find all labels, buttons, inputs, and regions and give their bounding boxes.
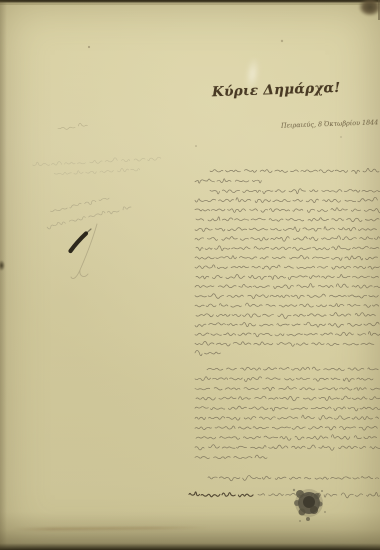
ink-stroke: [195, 303, 379, 307]
ink-stroke: [195, 236, 380, 241]
margin-note: [58, 123, 88, 131]
bottom-edge-shadow: [0, 512, 380, 550]
ink-stroke: [50, 197, 109, 214]
ink-stroke: [195, 208, 380, 213]
ink-blot: [296, 490, 304, 498]
ink-stroke: [33, 155, 161, 166]
ink-stroke: [210, 168, 379, 173]
paper-speck: [340, 136, 342, 138]
pen-slash-mark: [71, 234, 87, 252]
paper-speck: [281, 40, 283, 42]
ink-stroke: [195, 179, 261, 183]
ink-stroke: [195, 284, 380, 289]
ink-stroke: [195, 406, 380, 411]
ink-stroke: [195, 350, 220, 355]
ink-stroke: [195, 341, 374, 346]
ink-stroke: [189, 492, 253, 497]
ink-stroke: [195, 415, 379, 420]
ink-blot: [293, 489, 295, 491]
ink-stroke: [195, 455, 267, 459]
ink-stroke: [196, 246, 379, 251]
signature-flourish: [71, 224, 97, 279]
ink-stroke: [58, 123, 88, 131]
scanned-letter: Κύριε Δημάρχα! Πειραιεύς, 8 Ὀκτωβρίου 18…: [0, 0, 380, 550]
margin-note: [44, 192, 132, 229]
ink-blot: [318, 502, 323, 507]
ink-stroke: [54, 167, 140, 175]
ink-stroke: [196, 396, 380, 401]
margin-note: [33, 155, 162, 176]
ink-stroke: [195, 426, 377, 430]
ink-stroke: [195, 294, 378, 299]
ink-stroke: [195, 197, 377, 202]
ink-stroke: [195, 227, 377, 232]
ink-stroke: [196, 435, 377, 441]
handwriting-layer: [0, 0, 380, 550]
ink-stroke: [210, 189, 380, 194]
ink-stroke: [195, 255, 378, 260]
paper-speck: [195, 145, 197, 147]
ink-stroke: [195, 322, 379, 327]
ink-stroke: [195, 265, 379, 270]
ink-blot: [321, 490, 323, 492]
paper-speck: [88, 46, 90, 48]
ink-stroke: [195, 386, 380, 390]
ink-blot: [294, 500, 300, 506]
ink-blot: [314, 493, 320, 499]
pen-slash-tail: [86, 229, 91, 234]
ink-stroke: [195, 445, 380, 451]
ink-stroke: [196, 274, 379, 279]
ink-stroke: [208, 476, 379, 481]
ink-stroke: [196, 217, 379, 222]
ink-stroke: [207, 367, 378, 370]
ink-stroke: [195, 332, 380, 337]
ink-stroke: [196, 313, 375, 319]
ink-stroke: [46, 205, 131, 229]
ink-stroke: [195, 377, 373, 382]
